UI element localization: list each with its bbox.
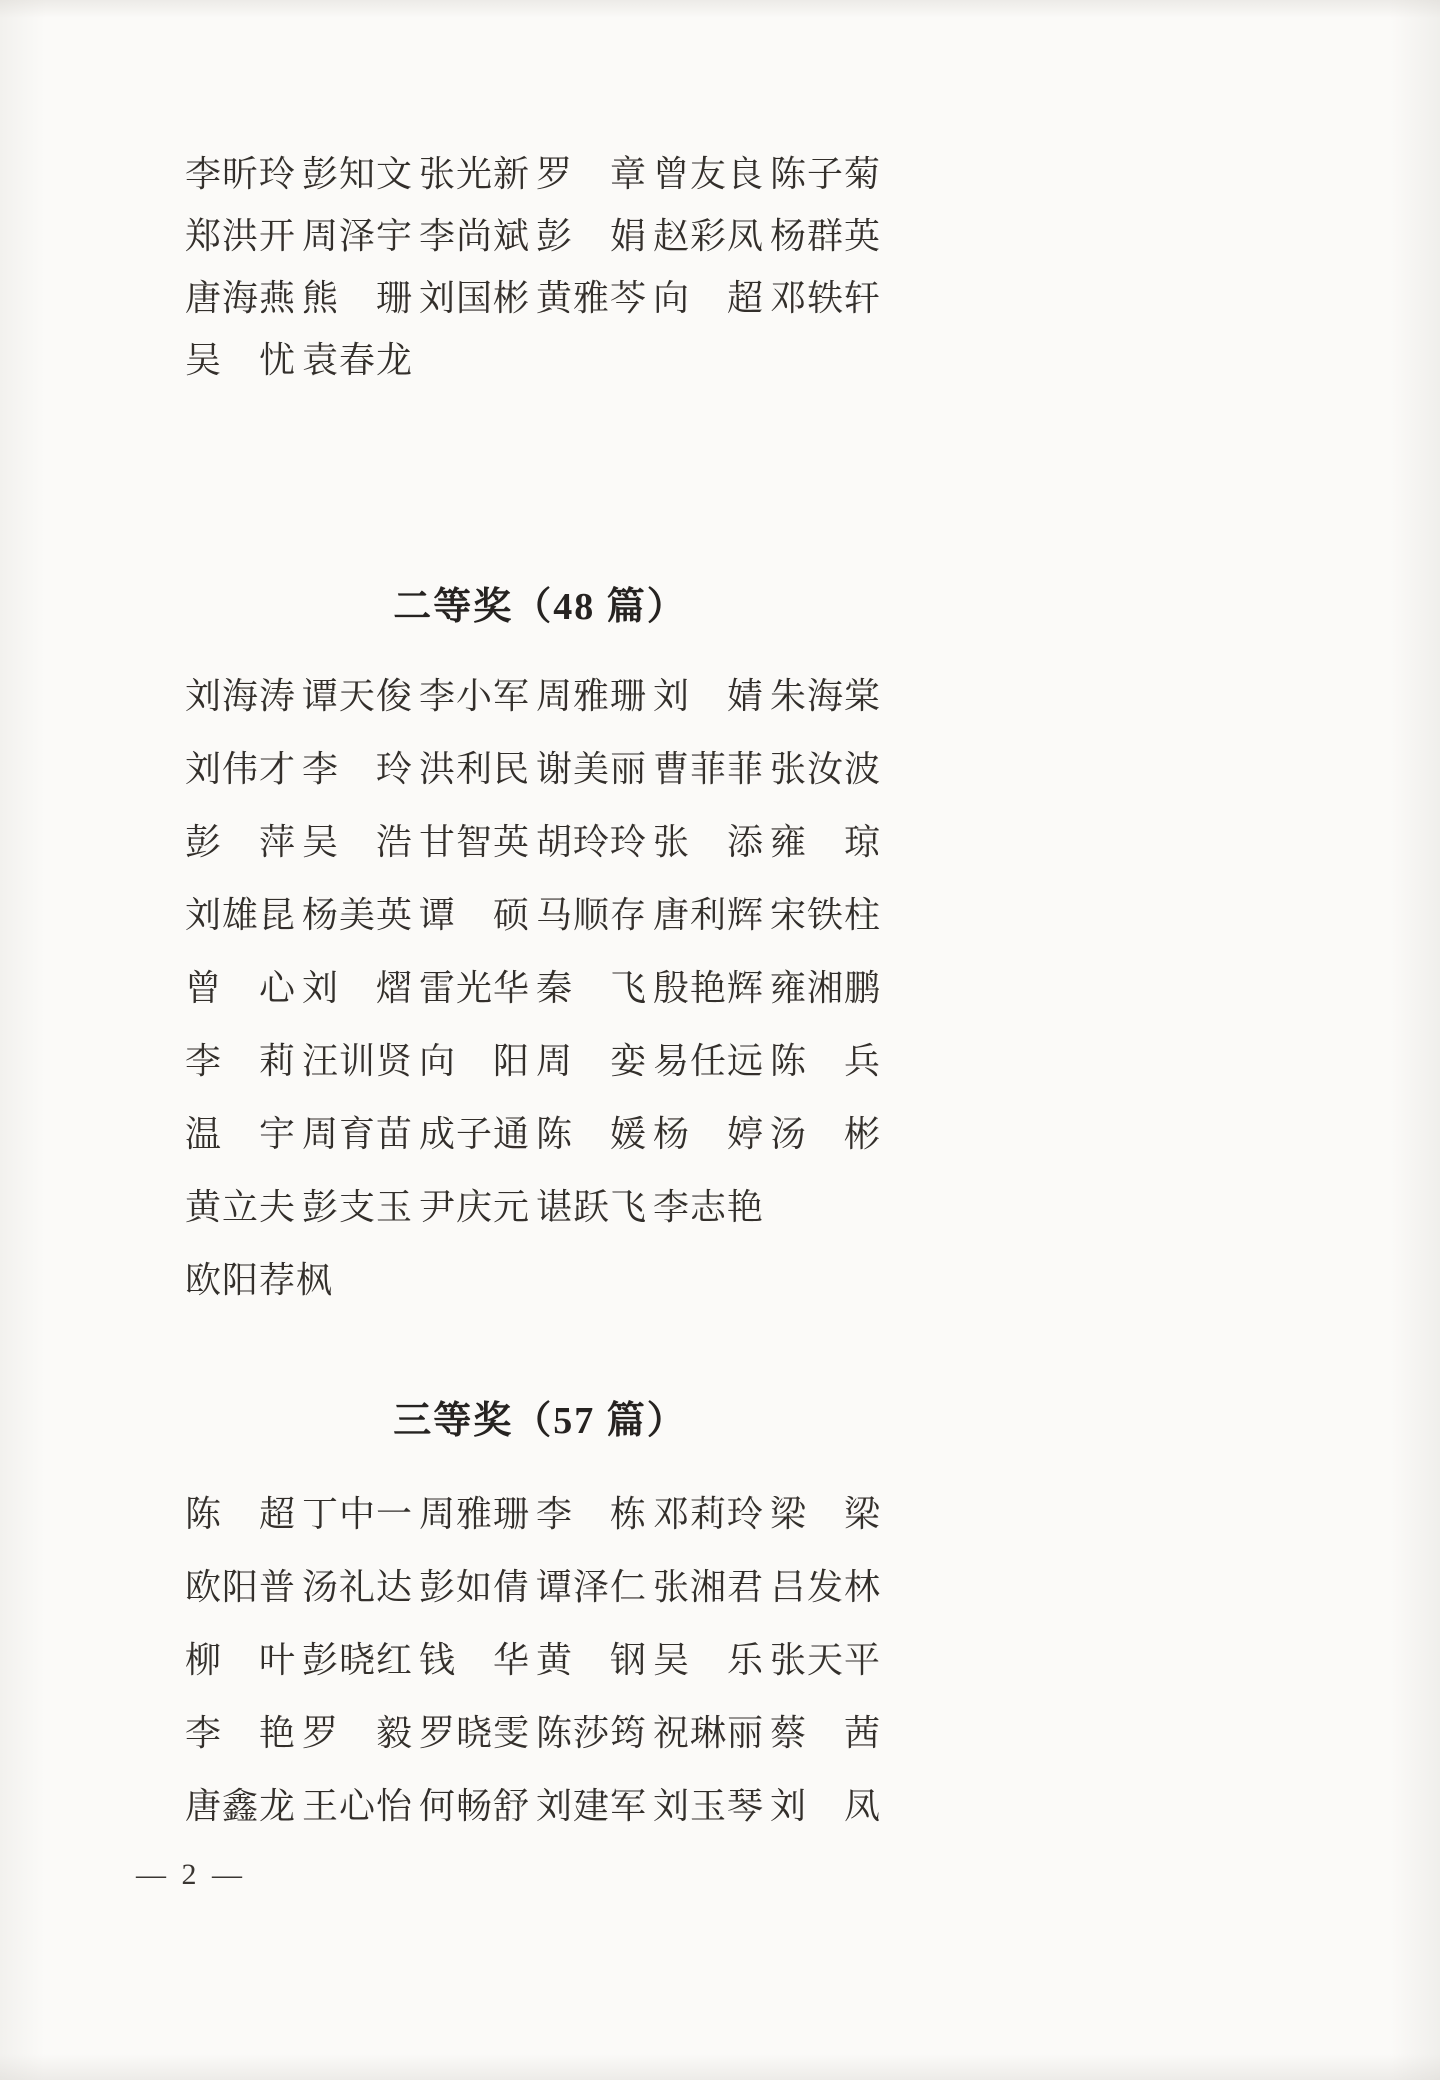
recipient-name: 曾 心 bbox=[185, 960, 302, 1011]
section-first-prize-continued: 李昕玲彭知文张光新罗 章曾友良陈子菊郑洪开周泽宇李尚斌彭 娟赵彩凤杨群英唐海燕熊… bbox=[185, 140, 895, 388]
recipient-name: 蔡 茜 bbox=[770, 1705, 887, 1756]
recipient-name: 袁春龙 bbox=[302, 332, 419, 383]
recipient-name: 易任远 bbox=[653, 1033, 770, 1084]
name-row: 柳 叶彭晓红钱 华黄 钢吴 乐张天平 bbox=[185, 1621, 895, 1694]
recipient-name: 陈莎筠 bbox=[536, 1705, 653, 1756]
section-second-prize: 二等奖（48 篇）刘海涛谭天俊李小军周雅珊刘 婧朱海棠刘伟才李 玲洪利民谢美丽曹… bbox=[185, 583, 895, 1314]
recipient-name: 唐海燕 bbox=[185, 270, 302, 321]
recipient-name: 宋铁柱 bbox=[770, 887, 887, 938]
name-row: 刘伟才李 玲洪利民谢美丽曹菲菲张汝波 bbox=[185, 730, 895, 803]
recipient-name: 杨群英 bbox=[770, 208, 887, 259]
recipient-name: 邓莉玲 bbox=[653, 1486, 770, 1537]
recipient-name: 洪利民 bbox=[419, 741, 536, 792]
recipient-name: 赵彩凤 bbox=[653, 208, 770, 259]
name-row: 欧阳荐枫 bbox=[185, 1241, 895, 1314]
recipient-name: 刘伟才 bbox=[185, 741, 302, 792]
recipient-name: 罗 毅 bbox=[302, 1705, 419, 1756]
recipient-name: 彭 娟 bbox=[536, 208, 653, 259]
recipient-name: 柳 叶 bbox=[185, 1632, 302, 1683]
recipient-name: 周 娈 bbox=[536, 1033, 653, 1084]
recipient-name: 彭晓红 bbox=[302, 1632, 419, 1683]
name-row: 李 艳罗 毅罗晓雯陈莎筠祝琳丽蔡 茜 bbox=[185, 1694, 895, 1767]
recipient-name: 刘建军 bbox=[536, 1778, 653, 1829]
recipient-name: 祝琳丽 bbox=[653, 1705, 770, 1756]
recipient-name: 李志艳 bbox=[653, 1179, 770, 1230]
recipient-name: 张天平 bbox=[770, 1632, 887, 1683]
recipient-name: 向 超 bbox=[653, 270, 770, 321]
recipient-name: 罗 章 bbox=[536, 146, 653, 197]
recipient-name: 李 艳 bbox=[185, 1705, 302, 1756]
recipient-name: 刘 熠 bbox=[302, 960, 419, 1011]
name-row: 吴 忧袁春龙 bbox=[185, 326, 895, 388]
sections: 李昕玲彭知文张光新罗 章曾友良陈子菊郑洪开周泽宇李尚斌彭 娟赵彩凤杨群英唐海燕熊… bbox=[185, 140, 895, 1840]
name-row: 刘雄昆杨美英谭 硕马顺存唐利辉宋铁柱 bbox=[185, 876, 895, 949]
recipient-name: 吴 浩 bbox=[302, 814, 419, 865]
recipient-name: 熊 珊 bbox=[302, 270, 419, 321]
recipient-name: 李尚斌 bbox=[419, 208, 536, 259]
recipient-name: 尹庆元 bbox=[419, 1179, 536, 1230]
section-heading: 二等奖（48 篇） bbox=[185, 583, 895, 631]
recipient-name: 汤礼达 bbox=[302, 1559, 419, 1610]
recipient-name: 甘智英 bbox=[419, 814, 536, 865]
recipient-name: 张光新 bbox=[419, 146, 536, 197]
recipient-name: 刘 凤 bbox=[770, 1778, 887, 1829]
recipient-name: 周育苗 bbox=[302, 1106, 419, 1157]
recipient-name: 秦 飞 bbox=[536, 960, 653, 1011]
recipient-name: 谭泽仁 bbox=[536, 1559, 653, 1610]
recipient-name: 吴 乐 bbox=[653, 1632, 770, 1683]
recipient-name: 向 阳 bbox=[419, 1033, 536, 1084]
document-page: 李昕玲彭知文张光新罗 章曾友良陈子菊郑洪开周泽宇李尚斌彭 娟赵彩凤杨群英唐海燕熊… bbox=[0, 0, 1440, 2080]
name-row: 黄立夫彭支玉尹庆元谌跃飞李志艳 bbox=[185, 1168, 895, 1241]
recipient-name: 彭 萍 bbox=[185, 814, 302, 865]
recipient-name: 张 添 bbox=[653, 814, 770, 865]
recipient-name: 雍湘鹏 bbox=[770, 960, 887, 1011]
name-row: 郑洪开周泽宇李尚斌彭 娟赵彩凤杨群英 bbox=[185, 202, 895, 264]
recipient-name: 杨 婷 bbox=[653, 1106, 770, 1157]
recipient-name: 成子通 bbox=[419, 1106, 536, 1157]
recipient-name: 陈 超 bbox=[185, 1486, 302, 1537]
recipient-name: 丁中一 bbox=[302, 1486, 419, 1537]
name-row: 唐海燕熊 珊刘国彬黄雅芩向 超邓轶轩 bbox=[185, 264, 895, 326]
recipient-name: 雷光华 bbox=[419, 960, 536, 1011]
recipient-name: 梁 梁 bbox=[770, 1486, 887, 1537]
recipient-name: 刘雄昆 bbox=[185, 887, 302, 938]
recipient-name: 李 玲 bbox=[302, 741, 419, 792]
recipient-name: 罗晓雯 bbox=[419, 1705, 536, 1756]
recipient-name: 温 宇 bbox=[185, 1106, 302, 1157]
recipient-name: 周泽宇 bbox=[302, 208, 419, 259]
name-row: 李昕玲彭知文张光新罗 章曾友良陈子菊 bbox=[185, 140, 895, 202]
recipient-name: 张汝波 bbox=[770, 741, 887, 792]
recipient-name: 刘 婧 bbox=[653, 668, 770, 719]
name-row: 曾 心刘 熠雷光华秦 飞殷艳辉雍湘鹏 bbox=[185, 949, 895, 1022]
name-row: 唐鑫龙王心怡何畅舒刘建军刘玉琴刘 凤 bbox=[185, 1767, 895, 1840]
recipient-name: 周雅珊 bbox=[419, 1486, 536, 1537]
recipient-name: 欧阳荐枫 bbox=[185, 1252, 302, 1303]
recipient-name: 陈 兵 bbox=[770, 1033, 887, 1084]
recipient-name: 周雅珊 bbox=[536, 668, 653, 719]
recipient-name: 李 莉 bbox=[185, 1033, 302, 1084]
name-row: 温 宇周育苗成子通陈 媛杨 婷汤 彬 bbox=[185, 1095, 895, 1168]
recipient-name: 李 栋 bbox=[536, 1486, 653, 1537]
recipient-name: 黄雅芩 bbox=[536, 270, 653, 321]
recipient-name: 谢美丽 bbox=[536, 741, 653, 792]
recipient-name: 黄 钢 bbox=[536, 1632, 653, 1683]
recipient-name: 郑洪开 bbox=[185, 208, 302, 259]
recipient-name: 钱 华 bbox=[419, 1632, 536, 1683]
recipient-name: 李昕玲 bbox=[185, 146, 302, 197]
recipient-name: 汪训贤 bbox=[302, 1033, 419, 1084]
recipient-name: 曾友良 bbox=[653, 146, 770, 197]
recipient-name: 谭天俊 bbox=[302, 668, 419, 719]
section-heading: 三等奖（57 篇） bbox=[185, 1397, 895, 1445]
recipient-name: 张湘君 bbox=[653, 1559, 770, 1610]
recipient-name: 欧阳普 bbox=[185, 1559, 302, 1610]
recipient-name: 殷艳辉 bbox=[653, 960, 770, 1011]
recipient-name: 汤 彬 bbox=[770, 1106, 887, 1157]
recipient-name: 刘海涛 bbox=[185, 668, 302, 719]
recipient-name: 彭支玉 bbox=[302, 1179, 419, 1230]
recipient-name: 黄立夫 bbox=[185, 1179, 302, 1230]
recipient-name: 邓轶轩 bbox=[770, 270, 887, 321]
recipient-name: 唐鑫龙 bbox=[185, 1778, 302, 1829]
recipient-name: 杨美英 bbox=[302, 887, 419, 938]
recipient-name: 曹菲菲 bbox=[653, 741, 770, 792]
section-third-prize: 三等奖（57 篇）陈 超丁中一周雅珊李 栋邓莉玲梁 梁欧阳普汤礼达彭如倩谭泽仁张… bbox=[185, 1397, 895, 1840]
recipient-name: 刘玉琴 bbox=[653, 1778, 770, 1829]
recipient-name: 朱海棠 bbox=[770, 668, 887, 719]
recipient-name: 王心怡 bbox=[302, 1778, 419, 1829]
recipient-name: 吕发林 bbox=[770, 1559, 887, 1610]
page-number: — 2 — bbox=[136, 1858, 246, 1892]
recipient-name: 刘国彬 bbox=[419, 270, 536, 321]
name-row: 欧阳普汤礼达彭如倩谭泽仁张湘君吕发林 bbox=[185, 1548, 895, 1621]
recipient-name: 马顺存 bbox=[536, 887, 653, 938]
name-row: 刘海涛谭天俊李小军周雅珊刘 婧朱海棠 bbox=[185, 657, 895, 730]
recipient-name: 雍 琼 bbox=[770, 814, 887, 865]
recipient-name: 彭如倩 bbox=[419, 1559, 536, 1610]
recipient-name: 唐利辉 bbox=[653, 887, 770, 938]
recipient-name: 李小军 bbox=[419, 668, 536, 719]
name-row: 李 莉汪训贤向 阳周 娈易任远陈 兵 bbox=[185, 1022, 895, 1095]
name-row: 陈 超丁中一周雅珊李 栋邓莉玲梁 梁 bbox=[185, 1475, 895, 1548]
recipient-name: 陈子菊 bbox=[770, 146, 887, 197]
award-name-list: 李昕玲彭知文张光新罗 章曾友良陈子菊郑洪开周泽宇李尚斌彭 娟赵彩凤杨群英唐海燕熊… bbox=[185, 140, 895, 1840]
name-row: 彭 萍吴 浩甘智英胡玲玲张 添雍 琼 bbox=[185, 803, 895, 876]
recipient-name: 谭 硕 bbox=[419, 887, 536, 938]
recipient-name: 陈 媛 bbox=[536, 1106, 653, 1157]
recipient-name: 吴 忧 bbox=[185, 332, 302, 383]
recipient-name: 谌跃飞 bbox=[536, 1179, 653, 1230]
recipient-name: 何畅舒 bbox=[419, 1778, 536, 1829]
recipient-name: 彭知文 bbox=[302, 146, 419, 197]
recipient-name: 胡玲玲 bbox=[536, 814, 653, 865]
